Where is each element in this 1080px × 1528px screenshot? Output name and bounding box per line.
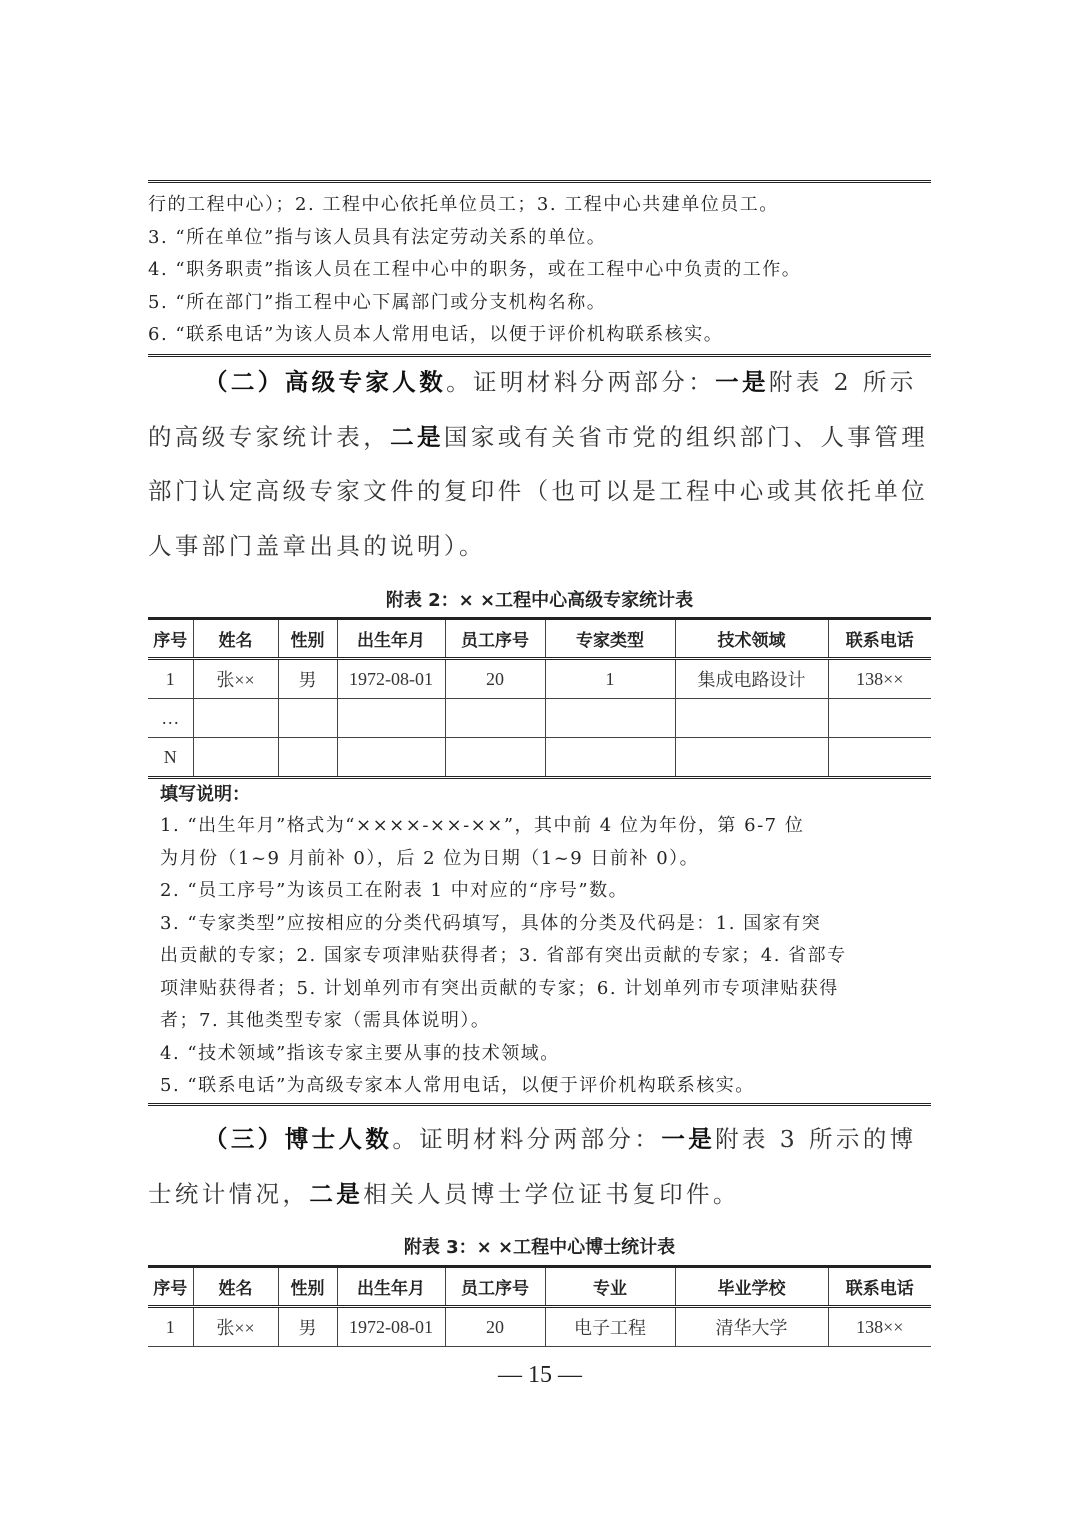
- table-cell: [337, 738, 445, 778]
- table-cell: 男: [278, 659, 337, 699]
- table-cell: 张××: [193, 659, 278, 699]
- column-header: 姓名: [193, 1267, 278, 1307]
- emphasis: 一是: [661, 1125, 715, 1153]
- note-line: 5. “所在部门”指工程中心下属部门或分支机构名称。: [148, 287, 931, 320]
- table-cell: 1: [545, 659, 675, 699]
- fill-instruction-line: 4. “技术领域”指该专家主要从事的技术领域。: [148, 1038, 931, 1071]
- table-cell: 1: [148, 659, 193, 699]
- table-cell: [545, 738, 675, 778]
- table-3: 序号 姓名 性别 出生年月 员工序号 专业 毕业学校 联系电话 1 张×× 男 …: [148, 1265, 931, 1347]
- fill-instruction-line: 2. “员工序号”为该员工在附表 1 中对应的“序号”数。: [148, 875, 931, 908]
- text: 。证明材料分两部分：: [392, 1125, 661, 1153]
- table-3-caption: 附表 3：× ×工程中心博士统计表: [148, 1233, 931, 1259]
- table-cell: 清华大学: [675, 1307, 828, 1347]
- fill-instruction-line: 1. “出生年月”格式为“××××-××-××”，其中前 4 位为年份，第 6-…: [148, 810, 931, 843]
- table-cell: 20: [445, 659, 545, 699]
- table-cell: [445, 699, 545, 738]
- table-cell: [337, 699, 445, 738]
- table-cell: [545, 699, 675, 738]
- note-line: 4. “职务职责”指该人员在工程中心中的职务，或在工程中心中负责的工作。: [148, 254, 931, 287]
- column-header: 专业: [545, 1267, 675, 1307]
- section-3-paragraph: （三）博士人数。证明材料分两部分：一是附表 3 所示的博士统计情况，二是相关人员…: [148, 1112, 938, 1221]
- table-cell: 1972-08-01: [337, 659, 445, 699]
- column-header: 出生年月: [337, 619, 445, 659]
- column-header: 专家类型: [545, 619, 675, 659]
- table-cell: 20: [445, 1307, 545, 1347]
- fill-instructions-title: 填写说明：: [148, 780, 931, 810]
- table-row: N: [148, 738, 931, 778]
- table-cell: 1: [148, 1307, 193, 1347]
- table-2-caption: 附表 2：× ×工程中心高级专家统计表: [148, 586, 931, 612]
- text: 相关人员博士学位证书复印件。: [363, 1180, 740, 1208]
- table-cell: N: [148, 738, 193, 778]
- table-cell: [193, 738, 278, 778]
- table-row: 1 张×× 男 1972-08-01 20 电子工程 清华大学 138××: [148, 1307, 931, 1347]
- column-header: 序号: [148, 619, 193, 659]
- fill-instruction-line: 者；7. 其他类型专家（需具体说明）。: [148, 1005, 931, 1038]
- emphasis: 一是: [715, 368, 769, 396]
- table-cell: [278, 738, 337, 778]
- section-2-heading: （二）高级专家人数: [204, 368, 446, 396]
- table-cell: [445, 738, 545, 778]
- column-header: 员工序号: [445, 619, 545, 659]
- note-line: 3. “所在单位”指与该人员具有法定劳动关系的单位。: [148, 222, 931, 255]
- table-cell: …: [148, 699, 193, 738]
- table-row: 1 张×× 男 1972-08-01 20 1 集成电路设计 138××: [148, 659, 931, 699]
- page-number: — 15 —: [0, 1362, 1080, 1389]
- fill-instruction-line: 为月份（1~9 月前补 0），后 2 位为日期（1~9 日前补 0）。: [148, 843, 931, 876]
- note-line: 6. “联系电话”为该人员本人常用电话，以便于评价机构联系核实。: [148, 319, 931, 352]
- column-header: 姓名: [193, 619, 278, 659]
- column-header: 出生年月: [337, 1267, 445, 1307]
- top-notes-block: 行的工程中心）；2. 工程中心依托单位员工；3. 工程中心共建单位员工。 3. …: [148, 180, 931, 357]
- column-header: 性别: [278, 1267, 337, 1307]
- table-cell: 138××: [828, 659, 931, 699]
- emphasis: 二是: [390, 423, 444, 451]
- section-2-paragraph: （二）高级专家人数。证明材料分两部分：一是附表 2 所示的高级专家统计表，二是国…: [148, 355, 938, 573]
- fill-instruction-line: 项津贴获得者；5. 计划单列市有突出贡献的专家；6. 计划单列市专项津贴获得: [148, 973, 931, 1006]
- column-header: 序号: [148, 1267, 193, 1307]
- text: 。证明材料分两部分：: [446, 368, 715, 396]
- column-header: 联系电话: [828, 619, 931, 659]
- table-header-row: 序号 姓名 性别 出生年月 员工序号 专家类型 技术领域 联系电话: [148, 619, 931, 659]
- table-cell: 138××: [828, 1307, 931, 1347]
- column-header: 联系电话: [828, 1267, 931, 1307]
- table-cell: [828, 738, 931, 778]
- emphasis: 二是: [309, 1180, 363, 1208]
- column-header: 技术领域: [675, 619, 828, 659]
- table-cell: 集成电路设计: [675, 659, 828, 699]
- column-header: 员工序号: [445, 1267, 545, 1307]
- table-cell: [193, 699, 278, 738]
- note-line: 行的工程中心）；2. 工程中心依托单位员工；3. 工程中心共建单位员工。: [148, 189, 931, 222]
- table-row: …: [148, 699, 931, 738]
- table-cell: 男: [278, 1307, 337, 1347]
- table-cell: 1972-08-01: [337, 1307, 445, 1347]
- fill-instruction-line: 5. “联系电话”为高级专家本人常用电话，以便于评价机构联系核实。: [148, 1070, 931, 1106]
- fill-instruction-line: 3. “专家类型”应按相应的分类代码填写，具体的分类及代码是：1. 国家有突: [148, 908, 931, 941]
- table-cell: [278, 699, 337, 738]
- section-3-heading: （三）博士人数: [204, 1125, 392, 1153]
- table-cell: [828, 699, 931, 738]
- column-header: 性别: [278, 619, 337, 659]
- table-cell: 张××: [193, 1307, 278, 1347]
- fill-instructions: 填写说明： 1. “出生年月”格式为“××××-××-××”，其中前 4 位为年…: [148, 780, 931, 1106]
- table-cell: [675, 738, 828, 778]
- table-2: 序号 姓名 性别 出生年月 员工序号 专家类型 技术领域 联系电话 1 张×× …: [148, 617, 931, 779]
- column-header: 毕业学校: [675, 1267, 828, 1307]
- fill-instruction-line: 出贡献的专家；2. 国家专项津贴获得者；3. 省部有突出贡献的专家；4. 省部专: [148, 940, 931, 973]
- table-cell: [675, 699, 828, 738]
- table-cell: 电子工程: [545, 1307, 675, 1347]
- table-header-row: 序号 姓名 性别 出生年月 员工序号 专业 毕业学校 联系电话: [148, 1267, 931, 1307]
